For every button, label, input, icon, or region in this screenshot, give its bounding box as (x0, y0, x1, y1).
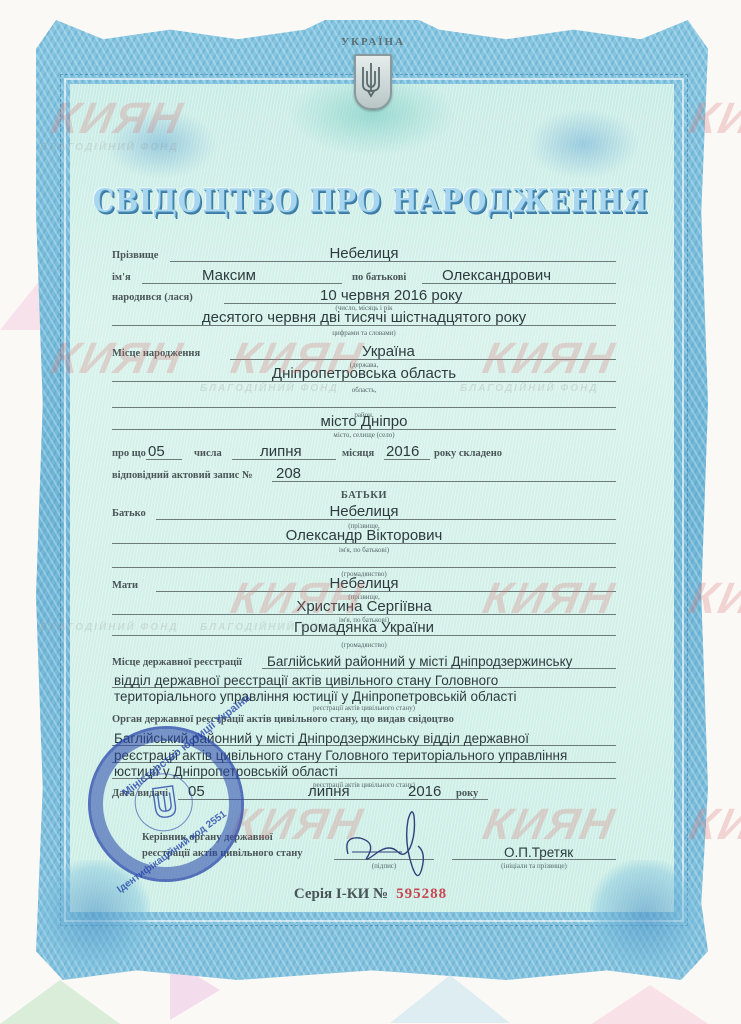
birthplace-country-row: Місце народження Україна (112, 342, 616, 362)
father-surname-value: Небелиця (112, 504, 616, 519)
mother-citizenship-value: Громадянка України (112, 620, 616, 635)
parents-heading: БАТЬКИ (112, 490, 616, 501)
birthplace-region-row: Дніпропетровська область (112, 364, 616, 384)
issue-month-value: липня (308, 784, 350, 799)
document-title: СВІДОЦТВО ПРО НАРОДЖЕННЯ (0, 183, 741, 220)
registration-place-line3: територіального управління юстиції у Дні… (114, 690, 516, 704)
registration-place-label: Місце державної реєстрації (112, 657, 242, 668)
record-entry-value: 208 (276, 466, 301, 481)
mother-surname-value: Небелиця (112, 576, 616, 591)
watermark-shape (590, 985, 710, 1024)
surname-value: Небелиця (112, 246, 616, 261)
record-row: про що 05 числа липня місяця 2016 року с… (112, 442, 616, 462)
stamp-trident-icon (150, 784, 178, 821)
birthplace-region-value: Дніпропетровська область (112, 366, 616, 381)
serial-number-block: Серія І-КИ №595288 (0, 886, 741, 903)
surname-row: Прізвище Небелиця (112, 244, 616, 264)
birth-date-words-value: десятого червня дві тисячі шістнадцятого… (112, 310, 616, 325)
city-hint: місто, селище (село) (112, 431, 616, 439)
serial-label: Серія І-КИ № (294, 886, 388, 902)
birthplace-district-line (112, 407, 616, 408)
birthplace-country-line (230, 359, 616, 360)
mother-surname-row: Мати Небелиця (112, 574, 616, 594)
record-month-label: місяця (342, 448, 374, 459)
born-label: народився (лася) (112, 292, 193, 303)
issuer-label-row: Орган державної реєстрації актів цивільн… (112, 708, 616, 728)
father-citizenship-row (112, 550, 616, 570)
name-label: ім'я (112, 272, 131, 283)
birth-date-row: народився (лася) 10 червня 2016 року (112, 286, 616, 306)
bottom-right-ornament (590, 860, 700, 970)
birthplace-label: Місце народження (112, 348, 200, 359)
registration-place-line1: Баглійський районний у місті Дніпродзерж… (267, 655, 572, 669)
mother-citizenship-hint: (громадянство) (112, 641, 616, 649)
record-entry-row: відповідний актовий запис № 208 (112, 464, 616, 484)
signature-mark (338, 806, 438, 886)
serial-number: 595288 (396, 886, 447, 902)
issue-year-value: 2016 (408, 784, 441, 799)
mother-citizenship-row: Громадянка України (112, 618, 616, 638)
record-year-label: року складено (434, 448, 502, 459)
record-year-value: 2016 (386, 444, 419, 459)
issue-year-label: року (456, 788, 478, 799)
father-surname-row: Батько Небелиця (112, 502, 616, 522)
national-emblem-block: УКРАЇНА (336, 36, 410, 146)
father-citizenship-line (112, 567, 616, 568)
country-label: УКРАЇНА (336, 36, 410, 48)
record-day-value: 05 (148, 444, 165, 459)
signatory-name-value: О.П.Третяк (504, 846, 573, 860)
signatory-name-hint: (ініціали та прізвище) (452, 862, 616, 870)
father-name-row: Олександр Вікторович (112, 526, 616, 546)
birthplace-district-row (112, 390, 616, 410)
record-prefix: про що (112, 448, 146, 459)
registration-place-line2: відділ державної реєстрації актів цивіль… (114, 674, 498, 688)
watermark-shape (390, 975, 510, 1023)
birth-date-value: 10 червня 2016 року (320, 288, 462, 303)
mother-name-row: Христина Сергіївна (112, 597, 616, 617)
birthplace-city-row: місто Дніпро (112, 412, 616, 432)
trident-coat-of-arms-icon (354, 54, 392, 110)
registration-place-row-3: територіального управління юстиції у Дні… (112, 686, 616, 706)
record-entry-line (272, 481, 616, 482)
record-day-label: числа (194, 448, 222, 459)
mother-name-value: Христина Сергіївна (112, 599, 616, 614)
patronymic-value: Олександрович (442, 268, 551, 283)
patronymic-label: по батькові (352, 272, 406, 283)
birth-date-words-row: десятого червня дві тисячі шістнадцятого… (112, 308, 616, 328)
registration-place-row-1: Місце державної реєстрації Баглійський р… (112, 651, 616, 671)
birthplace-city-value: місто Дніпро (112, 414, 616, 429)
record-entry-label: відповідний актовий запис № (112, 470, 253, 481)
issuer-label: Орган державної реєстрації актів цивільн… (112, 714, 454, 725)
record-month-value: липня (260, 444, 302, 459)
birthplace-country-value: Україна (362, 344, 415, 359)
name-value: Максим (202, 268, 256, 283)
name-row: ім'я Максим по батькові Олександрович (112, 266, 616, 286)
father-name-value: Олександр Вікторович (112, 528, 616, 543)
watermark-shape (0, 980, 120, 1024)
birth-date-words-hint: цифрами та словами) (112, 329, 616, 337)
